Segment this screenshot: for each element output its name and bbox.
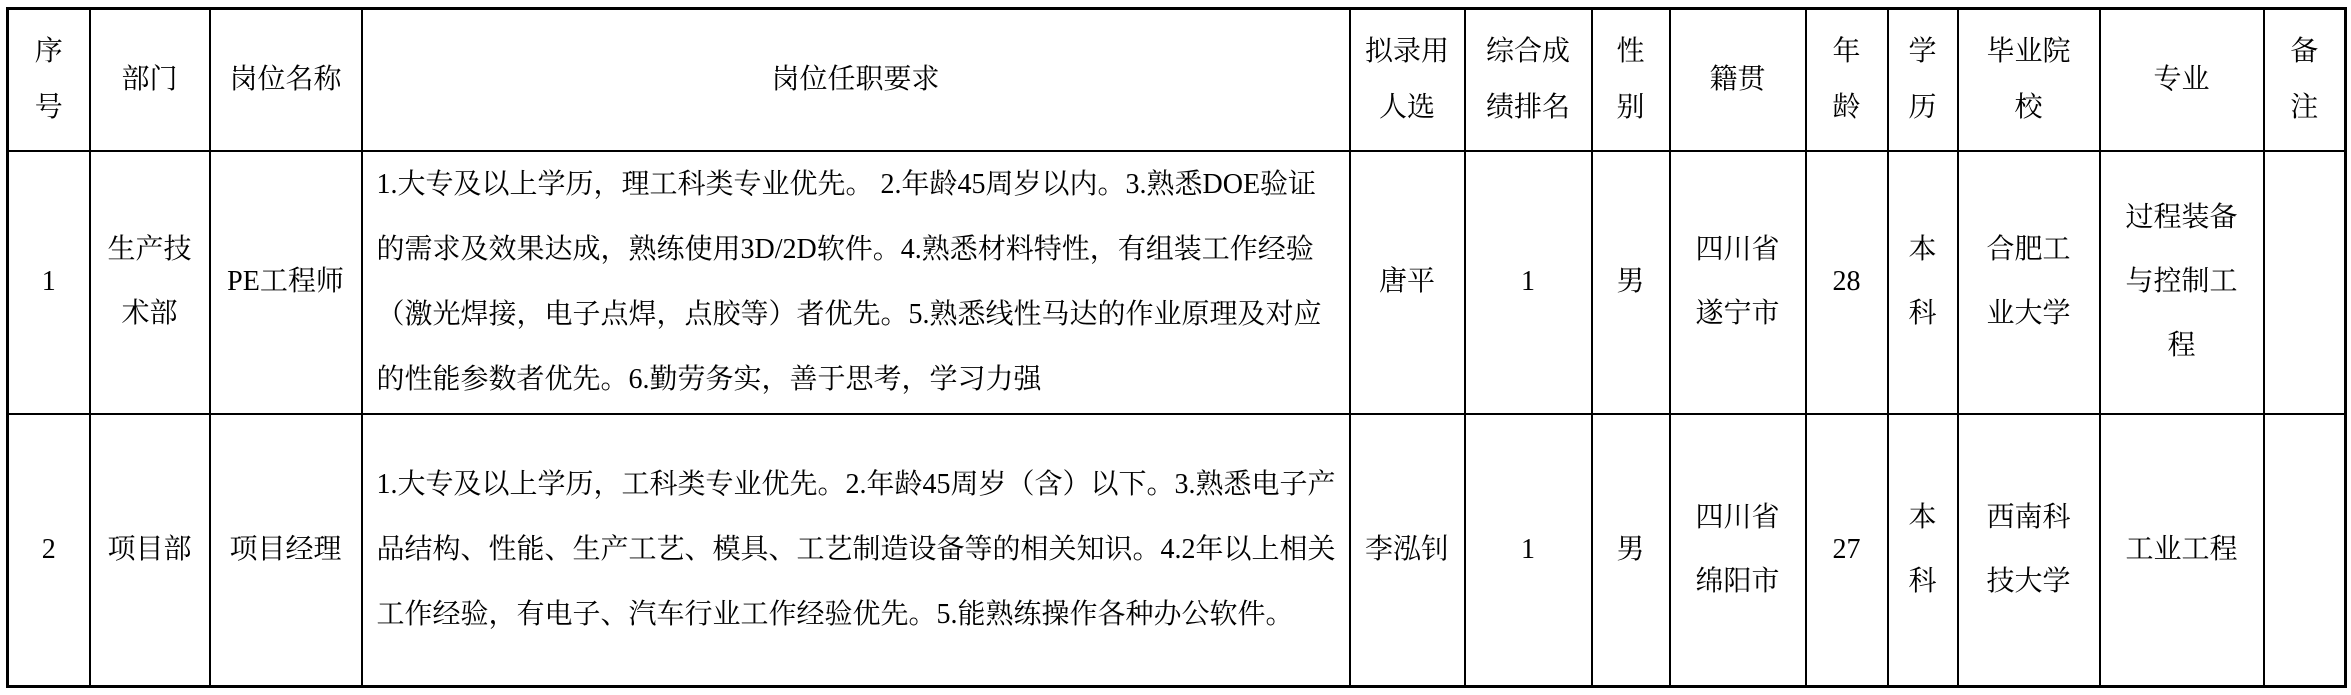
cell-index: 1: [8, 151, 90, 414]
table-row: 2 项目部 项目经理 1.大专及以上学历，工科类专业优先。2.年龄45周岁（含）…: [8, 414, 2346, 687]
document-sheet: 序 号 部门 岗位名称 岗位任职要求 拟录用 人选 综合成 绩排名 性 别 籍贯…: [0, 0, 2351, 695]
header-remark: 备 注: [2264, 9, 2346, 151]
cell-position: 项目经理: [210, 414, 362, 687]
header-rank: 综合成 绩排名: [1465, 9, 1592, 151]
cell-age: 27: [1806, 414, 1888, 687]
table-header-row: 序 号 部门 岗位名称 岗位任职要求 拟录用 人选 综合成 绩排名 性 别 籍贯…: [8, 9, 2346, 151]
header-school: 毕业院 校: [1958, 9, 2100, 151]
cell-major: 工业工程: [2100, 414, 2264, 687]
cell-position: PE工程师: [210, 151, 362, 414]
cell-age: 28: [1806, 151, 1888, 414]
header-age: 年 龄: [1806, 9, 1888, 151]
cell-requirements: 1.大专及以上学历，理工科类专业优先。 2.年龄45周岁以内。3.熟悉DOE验证…: [362, 151, 1350, 414]
cell-rank: 1: [1465, 151, 1592, 414]
cell-rank: 1: [1465, 414, 1592, 687]
header-index: 序 号: [8, 9, 90, 151]
table-row: 1 生产技 术部 PE工程师 1.大专及以上学历，理工科类专业优先。 2.年龄4…: [8, 151, 2346, 414]
cell-index: 2: [8, 414, 90, 687]
cell-department: 项目部: [90, 414, 210, 687]
cell-remark: [2264, 151, 2346, 414]
cell-gender: 男: [1592, 414, 1670, 687]
header-hometown: 籍贯: [1670, 9, 1806, 151]
header-requirements: 岗位任职要求: [362, 9, 1350, 151]
header-department: 部门: [90, 9, 210, 151]
cell-candidate: 唐平: [1350, 151, 1465, 414]
cell-hometown: 四川省 遂宁市: [1670, 151, 1806, 414]
cell-hometown: 四川省 绵阳市: [1670, 414, 1806, 687]
cell-education: 本 科: [1888, 414, 1958, 687]
cell-education: 本 科: [1888, 151, 1958, 414]
cell-remark: [2264, 414, 2346, 687]
cell-department: 生产技 术部: [90, 151, 210, 414]
recruitment-table: 序 号 部门 岗位名称 岗位任职要求 拟录用 人选 综合成 绩排名 性 别 籍贯…: [6, 7, 2347, 688]
header-gender: 性 别: [1592, 9, 1670, 151]
header-candidate: 拟录用 人选: [1350, 9, 1465, 151]
header-major: 专业: [2100, 9, 2264, 151]
cell-school: 西南科 技大学: [1958, 414, 2100, 687]
cell-gender: 男: [1592, 151, 1670, 414]
cell-major: 过程装备 与控制工 程: [2100, 151, 2264, 414]
header-education: 学 历: [1888, 9, 1958, 151]
cell-school: 合肥工 业大学: [1958, 151, 2100, 414]
cell-candidate: 李泓钊: [1350, 414, 1465, 687]
cell-requirements: 1.大专及以上学历，工科类专业优先。2.年龄45周岁（含）以下。3.熟悉电子产品…: [362, 414, 1350, 687]
header-position: 岗位名称: [210, 9, 362, 151]
